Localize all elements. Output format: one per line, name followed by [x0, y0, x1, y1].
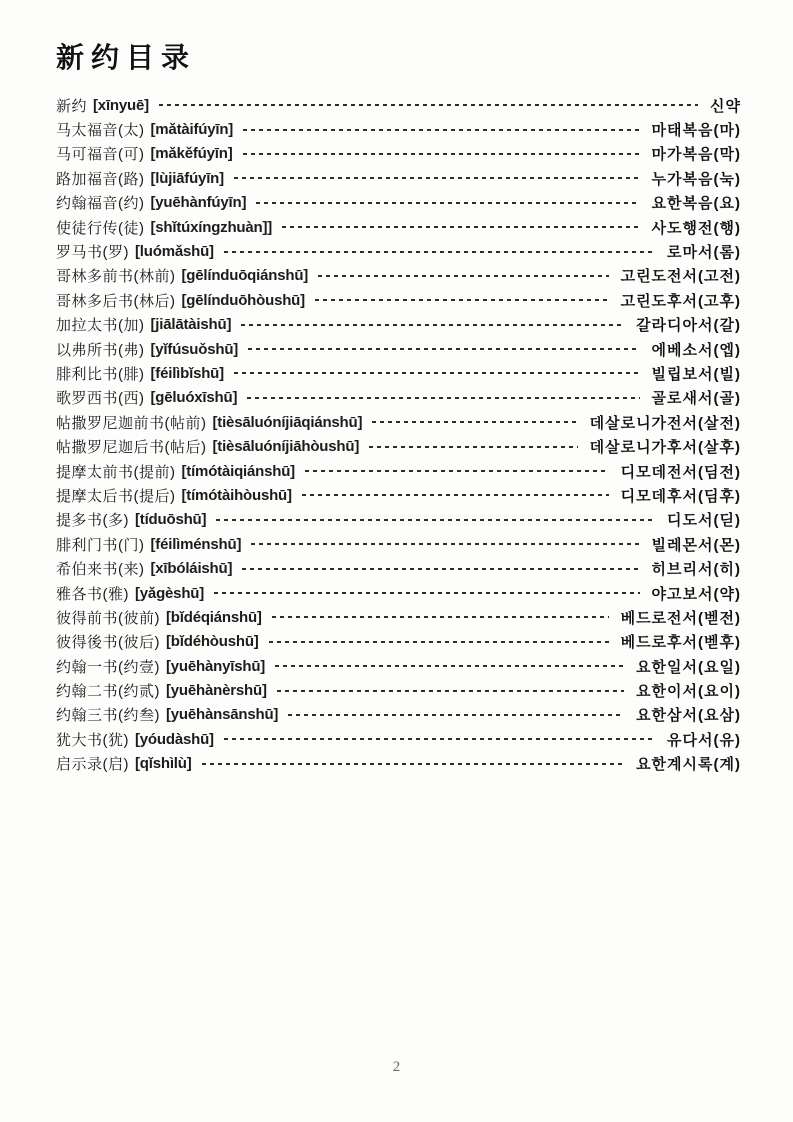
book-name-chinese: 约翰二书(约贰) — [56, 680, 160, 701]
book-name-korean: 히브리서(히) — [652, 558, 741, 579]
dotted-leader — [302, 494, 609, 496]
book-name-pinyin: [bǐdéhòushū] — [166, 633, 259, 650]
dotted-leader — [202, 763, 625, 765]
book-name-pinyin: [gēluóxīshū] — [151, 389, 238, 406]
book-name-korean: 로마서(롬) — [667, 241, 741, 262]
book-name-chinese: 提多书(多) — [56, 509, 129, 530]
toc-row: 提摩太前书(提前)[tímótàiqiánshū]디모데전서(딤전) — [56, 459, 741, 483]
dotted-leader — [224, 738, 655, 740]
book-name-korean: 야고보서(약) — [652, 583, 741, 604]
book-name-korean: 빌레몬서(몬) — [652, 534, 741, 555]
book-name-korean: 빌립보서(빌) — [652, 363, 741, 384]
dotted-leader — [369, 446, 577, 448]
toc-row: 加拉太书(加)[jiālātàishū]갈라디아서(갈) — [56, 313, 741, 337]
book-name-chinese: 腓利门书(门) — [56, 534, 145, 555]
book-name-chinese: 彼得前书(彼前) — [56, 607, 160, 628]
book-name-korean: 유다서(유) — [667, 729, 741, 750]
book-name-pinyin: [shǐtúxíngzhuàn]] — [151, 219, 273, 236]
dotted-leader — [282, 226, 639, 228]
toc-list: 新约[xīnyuē]신약马太福音(太)[mǎtàifúyīn]마태복음(마)马可… — [56, 93, 741, 776]
book-name-korean: 디도서(딛) — [667, 509, 741, 530]
book-name-pinyin: [tièsāluóníjiāhòushū] — [213, 438, 360, 455]
toc-row: 彼得前书(彼前)[bǐdéqiánshū]베드로전서(벧전) — [56, 605, 741, 629]
toc-row: 约翰福音(约)[yuēhànfúyīn]요한복음(요) — [56, 191, 741, 215]
document-page: 新约目录 新约[xīnyuē]신약马太福音(太)[mǎtàifúyīn]마태복음… — [0, 0, 793, 1122]
book-name-korean: 마태복음(마) — [652, 119, 741, 140]
dotted-leader — [234, 177, 640, 179]
book-name-pinyin: [xībóláishū] — [151, 560, 233, 577]
book-name-chinese: 歌罗西书(西) — [56, 387, 145, 408]
book-name-pinyin: [qǐshìlù] — [135, 755, 192, 772]
book-name-korean: 골로새서(골) — [652, 387, 741, 408]
toc-row: 腓利比书(腓)[féilìbǐshū]빌립보서(빌) — [56, 361, 741, 385]
toc-row: 歌罗西书(西)[gēluóxīshū]골로새서(골) — [56, 386, 741, 410]
toc-row: 彼得後书(彼后)[bǐdéhòushū]베드로후서(벧후) — [56, 630, 741, 654]
book-name-chinese: 以弗所书(弗) — [56, 339, 145, 360]
toc-row: 哥林多后书(林后)[gēlínduōhòushū]고린도후서(고후) — [56, 288, 741, 312]
book-name-korean: 요한일서(요일) — [636, 656, 741, 677]
dotted-leader — [243, 153, 640, 155]
book-name-pinyin: [jiālātàishū] — [151, 316, 232, 333]
toc-row: 帖撒罗尼迦后书(帖后)[tièsāluóníjiāhòushū]데살로니가후서(… — [56, 434, 741, 458]
toc-row: 提摩太后书(提后)[tímótàihòushū]디모데후서(딤후) — [56, 483, 741, 507]
toc-row: 约翰二书(约贰)[yuēhànèrshū]요한이서(요이) — [56, 678, 741, 702]
book-name-pinyin: [gēlínduōqiánshū] — [182, 267, 309, 284]
book-name-pinyin: [tíduōshū] — [135, 511, 206, 528]
book-name-pinyin: [yóudàshū] — [135, 731, 214, 748]
book-name-pinyin: [lùjiāfúyīn] — [151, 170, 224, 187]
dotted-leader — [159, 104, 698, 106]
book-name-korean: 요한삼서(요삼) — [636, 704, 741, 725]
book-name-chinese: 马太福音(太) — [56, 119, 145, 140]
book-name-pinyin: [tímótàihòushū] — [182, 487, 292, 504]
toc-row: 马可福音(可)[mǎkěfúyīn]마가복음(막) — [56, 142, 741, 166]
book-name-pinyin: [gēlínduōhòushū] — [182, 292, 305, 309]
dotted-leader — [305, 470, 609, 472]
book-name-korean: 데살로니가후서(살후) — [590, 436, 741, 457]
toc-row: 腓利门书(门)[féilìménshū]빌레몬서(몬) — [56, 532, 741, 556]
toc-row: 约翰三书(约叁)[yuēhànsānshū]요한삼서(요삼) — [56, 703, 741, 727]
dotted-leader — [241, 324, 624, 326]
book-name-chinese: 约翰三书(约叁) — [56, 704, 160, 725]
book-name-pinyin: [féilìménshū] — [151, 536, 242, 553]
book-name-pinyin: [yuēhànyīshū] — [166, 658, 265, 675]
dotted-leader — [251, 543, 639, 545]
book-name-korean: 요한복음(요) — [652, 192, 741, 213]
dotted-leader — [315, 299, 609, 301]
dotted-leader — [243, 129, 639, 131]
dotted-leader — [288, 714, 624, 716]
book-name-korean: 신약 — [710, 95, 741, 116]
dotted-leader — [272, 616, 609, 618]
dotted-leader — [216, 519, 655, 521]
book-name-chinese: 雅各书(雅) — [56, 583, 129, 604]
toc-row: 罗马书(罗)[luómǎshū]로마서(롬) — [56, 239, 741, 263]
book-name-chinese: 腓利比书(腓) — [56, 363, 145, 384]
book-name-pinyin: [yǎgèshū] — [135, 585, 204, 602]
dotted-leader — [256, 202, 639, 204]
toc-row: 新约[xīnyuē]신약 — [56, 93, 741, 117]
dotted-leader — [318, 275, 608, 277]
book-name-pinyin: [tímótàiqiánshū] — [182, 463, 295, 480]
dotted-leader — [269, 641, 609, 643]
book-name-chinese: 彼得後书(彼后) — [56, 631, 160, 652]
book-name-chinese: 启示录(启) — [56, 753, 129, 774]
toc-row: 马太福音(太)[mǎtàifúyīn]마태복음(마) — [56, 117, 741, 141]
dotted-leader — [248, 348, 639, 350]
book-name-pinyin: [xīnyuē] — [93, 97, 149, 114]
toc-row: 犹大书(犹)[yóudàshū]유다서(유) — [56, 727, 741, 751]
book-name-pinyin: [mǎtàifúyīn] — [151, 121, 234, 138]
book-name-chinese: 路加福音(路) — [56, 168, 145, 189]
dotted-leader — [247, 397, 639, 399]
book-name-pinyin: [bǐdéqiánshū] — [166, 609, 262, 626]
book-name-chinese: 新约 — [56, 95, 87, 116]
book-name-chinese: 希伯来书(来) — [56, 558, 145, 579]
book-name-chinese: 约翰一书(约壹) — [56, 656, 160, 677]
toc-row: 雅各书(雅)[yǎgèshū]야고보서(약) — [56, 581, 741, 605]
toc-row: 约翰一书(约壹)[yuēhànyīshū]요한일서(요일) — [56, 654, 741, 678]
toc-row: 以弗所书(弗)[yǐfúsuǒshū]에베소서(엡) — [56, 337, 741, 361]
book-name-pinyin: [yuēhànsānshū] — [166, 706, 278, 723]
book-name-pinyin: [yuēhànèrshū] — [166, 682, 267, 699]
book-name-chinese: 马可福音(可) — [56, 143, 145, 164]
book-name-korean: 데살로니가전서(살전) — [590, 412, 741, 433]
dotted-leader — [234, 372, 640, 374]
dotted-leader — [242, 568, 639, 570]
book-name-korean: 사도행전(행) — [652, 217, 741, 238]
toc-row: 希伯来书(来)[xībóláishū]히브리서(히) — [56, 556, 741, 580]
book-name-korean: 에베소서(엡) — [652, 339, 741, 360]
book-name-pinyin: [luómǎshū] — [135, 243, 214, 260]
page-title: 新约目录 — [56, 36, 741, 76]
dotted-leader — [224, 251, 655, 253]
toc-row: 哥林多前书(林前)[gēlínduōqiánshū]고린도전서(고전) — [56, 264, 741, 288]
toc-row: 提多书(多)[tíduōshū]디도서(딛) — [56, 508, 741, 532]
book-name-pinyin: [féilìbǐshū] — [151, 365, 224, 382]
book-name-chinese: 提摩太前书(提前) — [56, 461, 176, 482]
dotted-leader — [275, 665, 624, 667]
book-name-korean: 디모데후서(딤후) — [621, 485, 741, 506]
book-name-pinyin: [yǐfúsuǒshū] — [151, 341, 239, 358]
toc-row: 帖撒罗尼迦前书(帖前)[tièsāluóníjiāqiánshū]데살로니가전서… — [56, 410, 741, 434]
book-name-chinese: 犹大书(犹) — [56, 729, 129, 750]
book-name-chinese: 加拉太书(加) — [56, 314, 145, 335]
dotted-leader — [277, 690, 624, 692]
toc-row: 启示录(启)[qǐshìlù]요한계시록(계) — [56, 752, 741, 776]
book-name-korean: 갈라디아서(갈) — [636, 314, 741, 335]
book-name-korean: 요한이서(요이) — [636, 680, 741, 701]
book-name-pinyin: [mǎkěfúyīn] — [151, 145, 233, 162]
page-number: 2 — [0, 1059, 793, 1076]
book-name-chinese: 约翰福音(约) — [56, 192, 145, 213]
toc-row: 路加福音(路)[lùjiāfúyīn]누가복음(눅) — [56, 166, 741, 190]
book-name-korean: 요한계시록(계) — [636, 753, 741, 774]
book-name-chinese: 哥林多前书(林前) — [56, 265, 176, 286]
book-name-korean: 고린도후서(고후) — [621, 290, 741, 311]
book-name-chinese: 使徒行传(徒) — [56, 217, 145, 238]
book-name-korean: 디모데전서(딤전) — [621, 461, 741, 482]
book-name-korean: 베드로후서(벧후) — [621, 631, 741, 652]
book-name-chinese: 罗马书(罗) — [56, 241, 129, 262]
book-name-korean: 베드로전서(벧전) — [621, 607, 741, 628]
toc-row: 使徒行传(徒)[shǐtúxíngzhuàn]]사도행전(행) — [56, 215, 741, 239]
dotted-leader — [372, 421, 577, 423]
book-name-korean: 누가복음(눅) — [652, 168, 741, 189]
book-name-chinese: 帖撒罗尼迦前书(帖前) — [56, 412, 207, 433]
book-name-korean: 마가복음(막) — [652, 143, 741, 164]
book-name-chinese: 哥林多后书(林后) — [56, 290, 176, 311]
book-name-korean: 고린도전서(고전) — [621, 265, 741, 286]
book-name-pinyin: [tièsāluóníjiāqiánshū] — [213, 414, 363, 431]
dotted-leader — [214, 592, 639, 594]
book-name-chinese: 提摩太后书(提后) — [56, 485, 176, 506]
book-name-chinese: 帖撒罗尼迦后书(帖后) — [56, 436, 207, 457]
book-name-pinyin: [yuēhànfúyīn] — [151, 194, 247, 211]
